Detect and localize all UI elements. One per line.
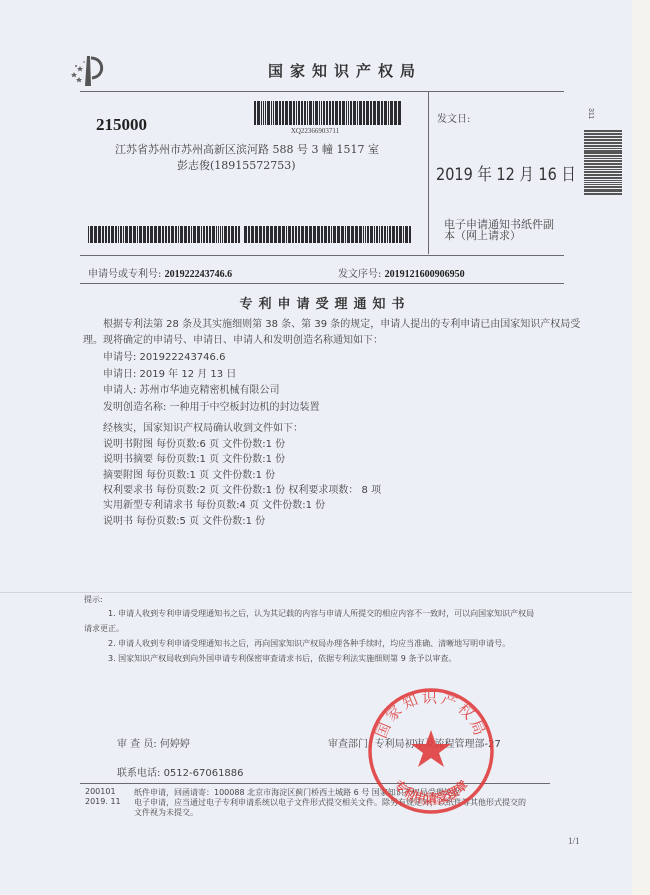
postcode: 215000 — [96, 115, 147, 135]
received-file-item: 说明书附图 每份页数:6 页 文件份数:1 份 — [103, 437, 285, 453]
received-file-item: 说明书摘要 每份页数:1 页 文件份数:1 份 — [103, 452, 285, 468]
notice-field: 申请号: 201922243746.6 — [103, 350, 225, 366]
hint-item: 请求更正。 — [84, 623, 124, 634]
side-barcode — [584, 130, 622, 196]
phone-number: 0512-67061886 — [164, 768, 244, 779]
received-file-item: 实用新型专利请求书 每份页数:4 页 文件份数:1 份 — [103, 498, 325, 514]
received-file-item: 说明书 每份页数:5 页 文件份数:1 份 — [103, 514, 265, 530]
official-seal-stamp: 国家知识产权局 专利申请受理章 1101081359632 — [366, 686, 496, 816]
barcode — [254, 101, 402, 125]
side-number: 311 — [587, 108, 594, 119]
hints-label: 提示: — [84, 594, 103, 605]
notice-intro: 根据专利法第 28 条及其实施细则第 38 条、第 39 条的规定，申请人提出的… — [83, 317, 583, 349]
fold-line — [0, 592, 632, 593]
agency-name: 国家知识产权局 — [0, 60, 650, 81]
received-file-item: 摘要附图 每份页数:1 页 文件份数:1 份 — [103, 468, 275, 484]
application-number: 201922243746.6 — [165, 269, 233, 280]
serial-number: 2019121600906950 — [385, 269, 465, 280]
serial-number-row: 发文序号: 2019121600906950 — [338, 265, 465, 280]
send-date-label: 发文日: — [437, 110, 470, 125]
barcode-caption: XQ22366903711 — [250, 127, 380, 135]
department-label: 审查部门: — [328, 739, 371, 750]
header-divider — [80, 91, 564, 92]
contact-phone: 联系电话: 0512-67061886 — [117, 766, 244, 782]
footer-line: 文件视为未提交。 — [134, 807, 198, 818]
notice-title: 专利申请受理通知书 — [0, 293, 650, 312]
phone-label: 联系电话: — [117, 768, 160, 779]
recipient: 彭志俊(18915572753) — [177, 157, 296, 173]
application-number-label: 申请号或专利号: — [88, 269, 161, 280]
received-intro: 经核实，国家知识产权局确认收到文件如下： — [103, 421, 303, 437]
hint-item: 3. 国家知识产权局收到向外国申请专利保密审查请求书后，依据专利法实施细则第 9… — [108, 653, 456, 664]
form-code: 200101 — [85, 787, 116, 796]
page-number: 1/1 — [568, 836, 580, 846]
form-version: 2019. 11 — [85, 797, 121, 806]
received-file-item: 权利要求书 每份页数:2 页 文件份数:1 份 权利要求项数： 8 项 — [103, 483, 381, 499]
application-number-row: 申请号或专利号: 201922243746.6 — [88, 265, 232, 280]
notice-field: 申请日: 2019 年 12 月 13 日 — [103, 367, 236, 383]
ref-divider-bottom — [80, 283, 564, 284]
examiner: 审 查 员: 何婷婷 — [117, 737, 190, 753]
hint-item: 2. 申请人收到专利申请受理通知书之后，再向国家知识产权局办理各种手续时，均应当… — [108, 638, 510, 649]
ref-divider-top — [80, 255, 564, 256]
notice-field: 发明创造名称: 一种用于中空板封边机的封边装置 — [103, 400, 320, 416]
header-vertical-divider — [428, 92, 429, 254]
serial-number-label: 发文序号: — [338, 269, 381, 280]
notice-field: 申请人: 苏州市华迪克精密机械有限公司 — [103, 383, 280, 399]
barcode-left — [88, 226, 241, 243]
barcode-right — [244, 226, 412, 243]
page-edge — [632, 0, 650, 895]
send-date: 2019 年 12 月 16 日 — [436, 160, 576, 185]
hint-item: 1. 申请人收到专利申请受理通知书之后，认为其记载的内容与申请人所提交的相应内容… — [108, 608, 534, 619]
examiner-label: 审 查 员: — [117, 739, 157, 750]
mailing-address: 江苏省苏州市苏州高新区滨河路 588 号 3 幢 1517 室 — [115, 141, 379, 157]
examiner-name: 何婷婷 — [160, 739, 190, 750]
star-icon — [411, 730, 451, 767]
copy-note: 电子申请通知书纸件副本（网上请求） — [444, 219, 564, 241]
